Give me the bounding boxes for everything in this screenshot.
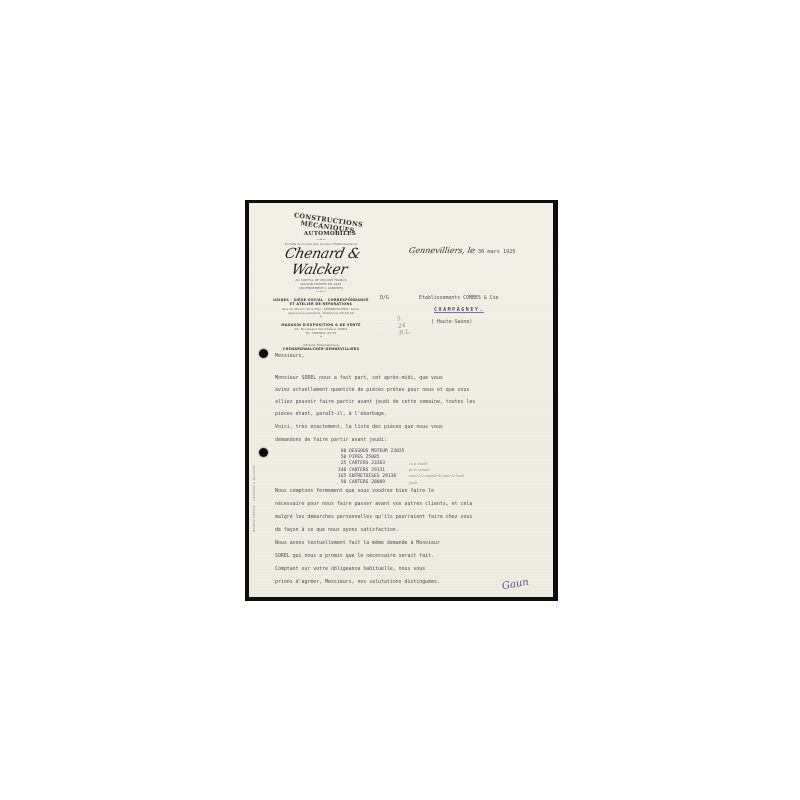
parts-list-item: 60 DESSOUS MOTEUR 23025: [338, 449, 404, 454]
body-line: Voici, très exactement, la liste des piè…: [275, 424, 443, 430]
body-line: aviez actuellement quantité de pièces pr…: [275, 387, 469, 393]
body-line: alliez pouvoir faire partir avant jeudi …: [275, 399, 475, 405]
signature: Gaun: [501, 577, 529, 592]
body-line: pièces étant, paraît-il, à l'ébarbage.: [275, 411, 387, 417]
recipient-region: ( Haute-Saône): [431, 319, 472, 325]
recipient-city: CHAMPAGNEY.: [434, 307, 484, 313]
body-line: demandons de faire partir avant jeudi:: [275, 437, 387, 443]
body-line: nécessaire pour nous faire passer avant …: [275, 501, 472, 507]
body-line: SOREL qui nous a promis que le nécessair…: [275, 553, 434, 559]
body-line: prions d'agréer, Messieurs, nos salutati…: [275, 579, 440, 585]
divider: •: [257, 315, 385, 319]
margin-vertical-text: MODÈLE DÉPOSÉ · CHENARD & WALCKER: [253, 465, 256, 532]
recipient-name: Etablissements COMBES & Cie: [419, 295, 499, 301]
brand-logo: Chenard & Walcker: [254, 246, 389, 278]
parts-list-item: 165 ENTRETOISES 29138: [338, 474, 396, 479]
handwritten-annotation: envoi 1/2 expédié 43 pour le lundi: [409, 474, 464, 478]
parts-list-item: 25 CARTERS 23363: [338, 461, 385, 466]
letterhead-block-telegraph: Adresse Télégraphique CHENARDWALCKER-GEN…: [257, 343, 385, 351]
body-line: malgré les démarches personnelles qu'ils…: [275, 514, 472, 520]
body-line: de façon à ce que nous ayons satisfactio…: [275, 527, 399, 533]
parts-list-item: 140 CARTERS 29131: [338, 468, 385, 473]
salutation: Messieurs,: [275, 353, 304, 359]
letterhead-block-factory: USINES · SIÈGE SOCIAL · CORRESPONDANCE E…: [257, 298, 385, 315]
place-line: Gennevilliers, le: [408, 246, 476, 255]
letter-sheet: CONSTRUCTIONS MÉCANIQUES AUTOMOBILES —•—…: [249, 203, 553, 597]
parts-list-item: 50 PIPES 25085: [338, 455, 380, 460]
handwritten-margin-note: 5 24 R.L.: [397, 314, 412, 337]
letter-date: 30 mars 1925: [478, 249, 515, 255]
handwritten-annotation: pr. le samedi: [409, 468, 430, 472]
divider: •: [257, 335, 385, 339]
parts-list-item: 50 CARTERS 28089: [338, 480, 385, 485]
body-line: Nous avons textuellement fait la même de…: [275, 540, 440, 546]
body-line: Monsieur SOREL nous a fait part, cet apr…: [275, 375, 443, 381]
punch-hole-icon: [259, 448, 268, 457]
divider: —•—: [257, 290, 385, 294]
handwritten-annotation: vu p. mardi: [409, 462, 427, 466]
body-line: Comptant sur votre obligeance habituelle…: [275, 566, 425, 572]
body-line: Nous comptons fermement que vous voudrez…: [275, 488, 434, 494]
reference: D/G: [380, 295, 389, 301]
letterhead: CONSTRUCTIONS MÉCANIQUES AUTOMOBILES —•—…: [257, 217, 385, 352]
handwritten-annotation: jeudi: [409, 481, 417, 485]
